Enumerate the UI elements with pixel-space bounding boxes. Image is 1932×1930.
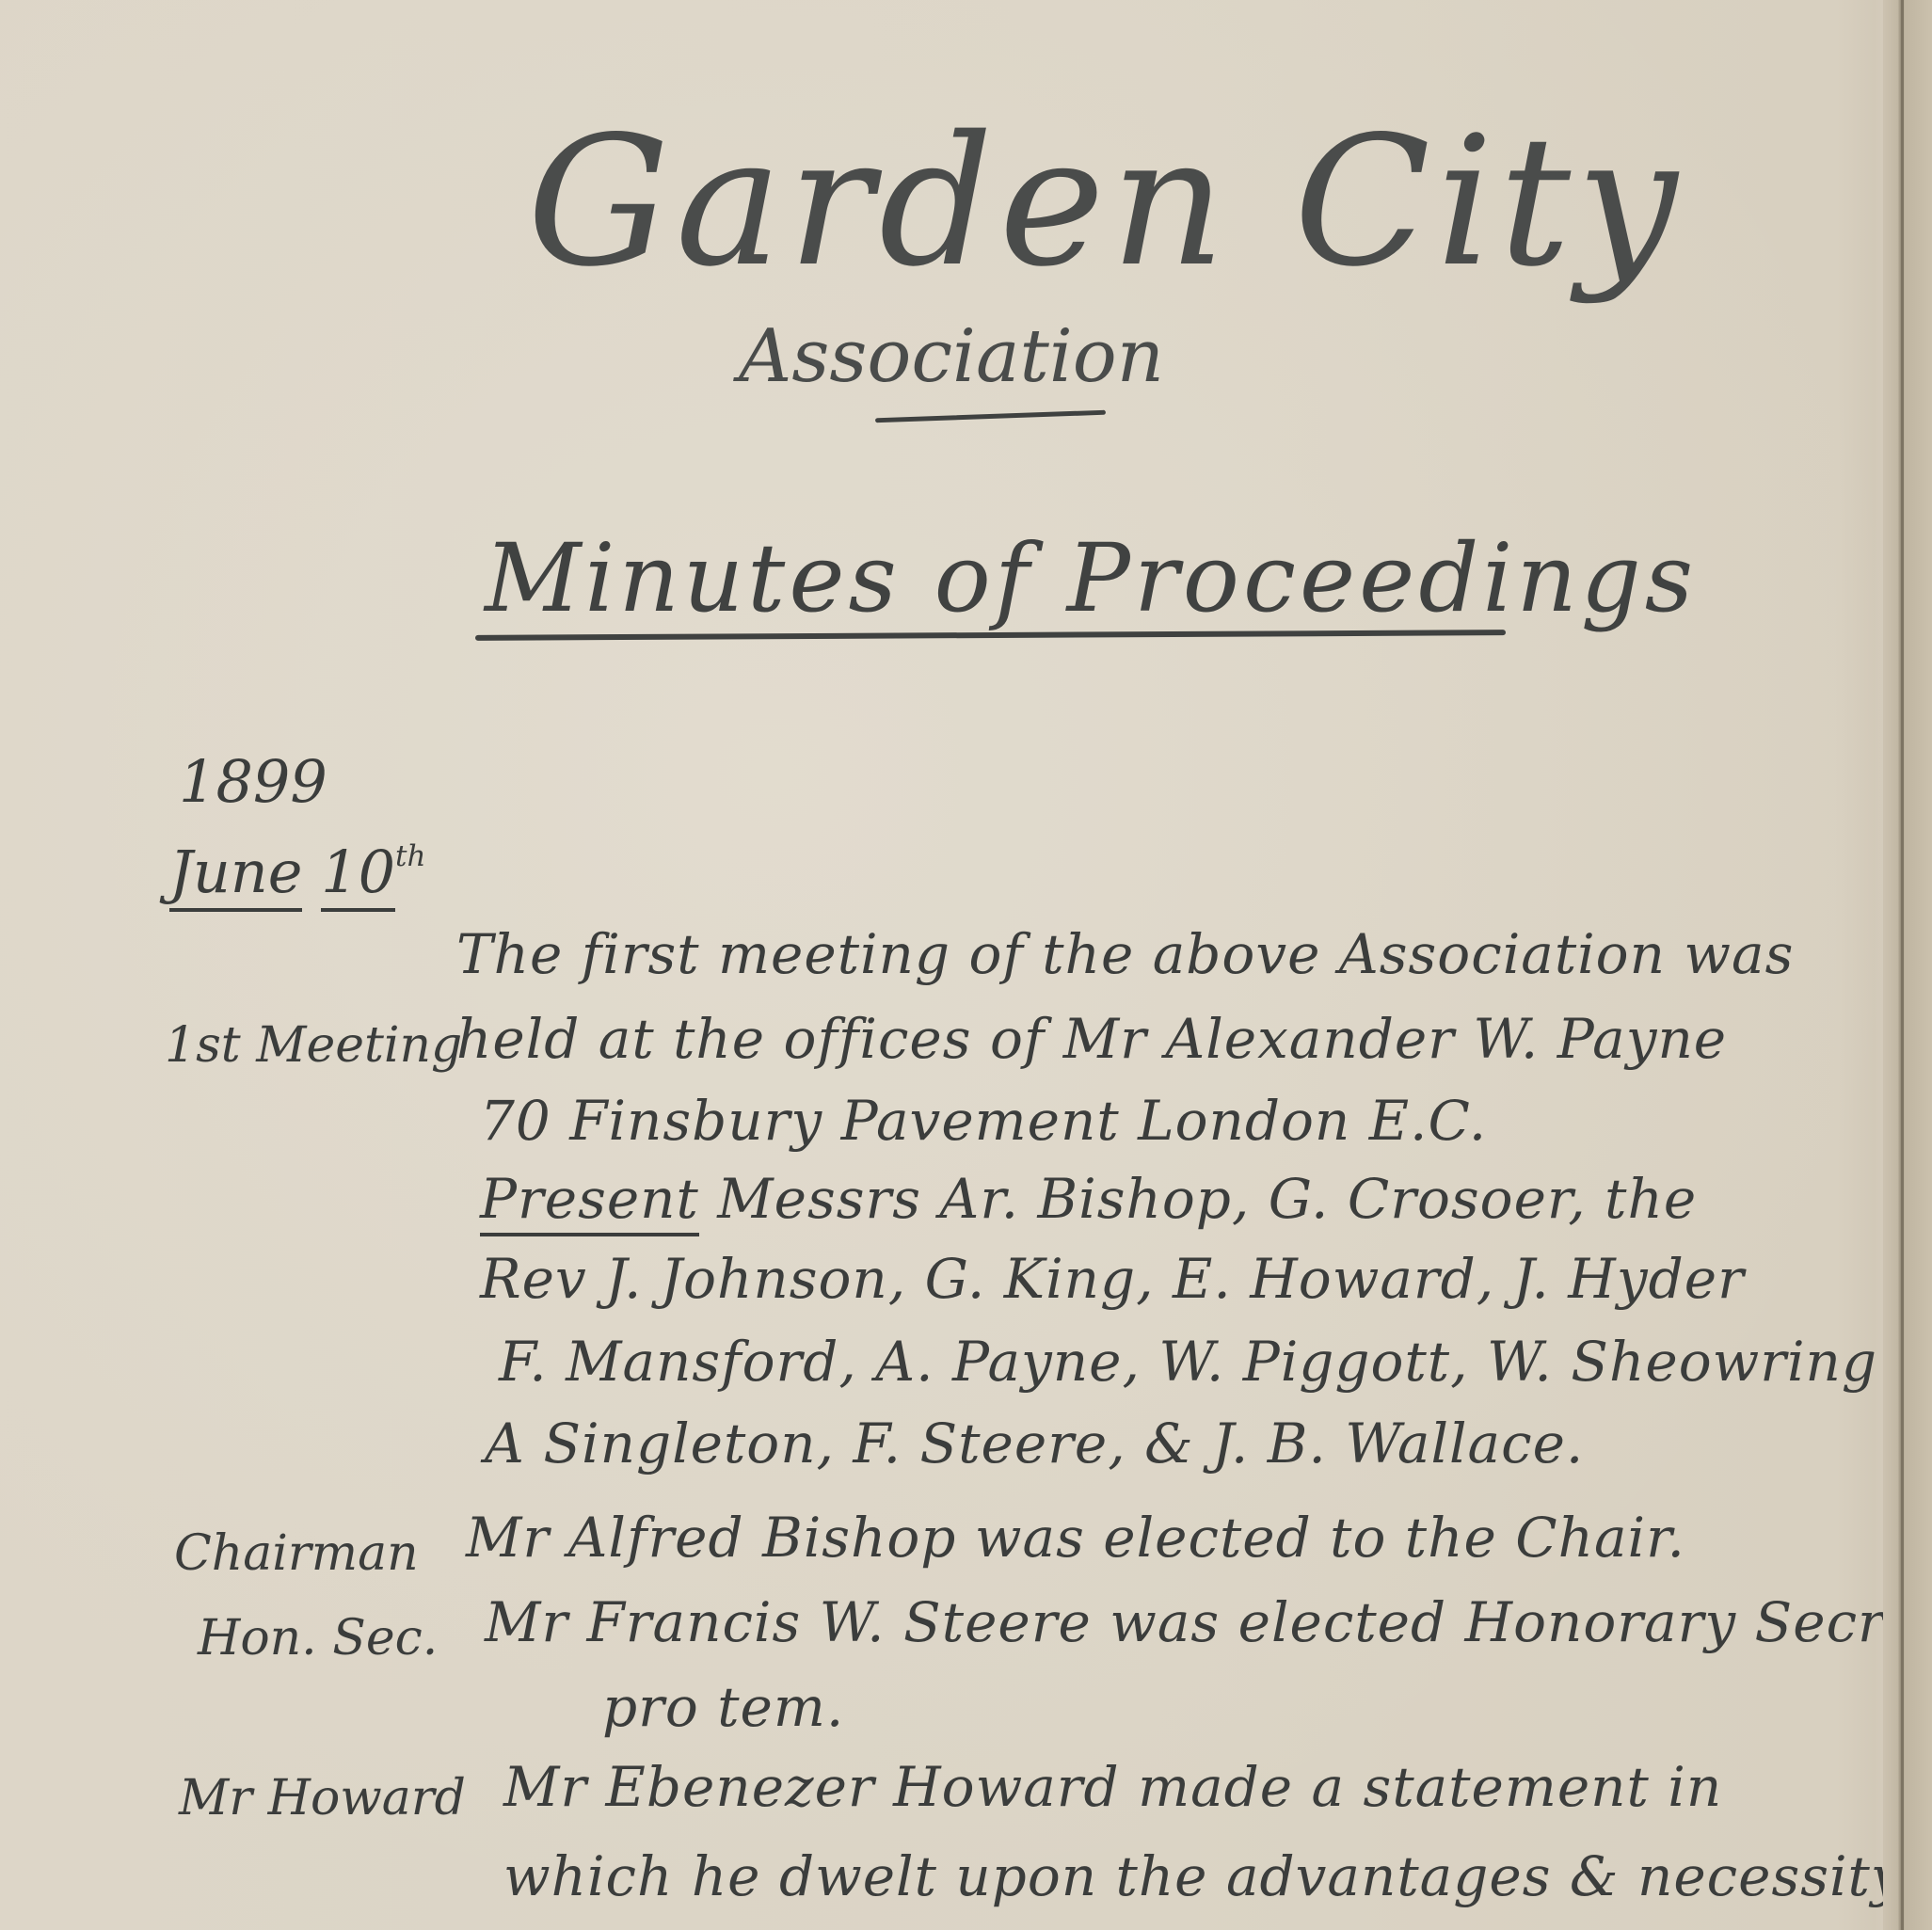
body-line: A Singleton, F. Steere, & J. B. Wallace. — [485, 1416, 1584, 1471]
minutes-heading: Minutes of Proceedings — [485, 532, 1697, 626]
margin-label-1st-meeting: 1st Meeting — [165, 1021, 462, 1070]
body-line: which he dwelt upon the advantages & nec… — [503, 1849, 1903, 1904]
body-line: 70 Finsbury Pavement London E.C. — [480, 1093, 1487, 1148]
body-line: Mr Francis W. Steere was elected Honorar… — [485, 1595, 1932, 1650]
document-title: Garden City — [527, 113, 1684, 292]
body-line: F. Mansford, A. Payne, W. Piggott, W. Sh… — [499, 1334, 1877, 1389]
date-day: 10 — [321, 837, 395, 912]
margin-label-mr-howard: Mr Howard — [179, 1774, 466, 1823]
body-line: Rev J. Johnson, G. King, E. Howard, J. H… — [480, 1252, 1745, 1306]
document-subtitle: Association — [739, 320, 1164, 393]
present-label: Present — [480, 1167, 699, 1236]
body-line: held at the offices of Mr Alexander W. P… — [456, 1012, 1727, 1066]
body-line: pro tem. — [602, 1680, 844, 1734]
year-label: 1899 — [179, 753, 327, 811]
manuscript-page: Garden City Association Minutes of Proce… — [0, 0, 1932, 1930]
margin-label-hon-sec: Hon. Sec. — [198, 1614, 438, 1663]
margin-label-chairman: Chairman — [174, 1529, 419, 1578]
date-month: June — [169, 837, 302, 912]
book-binding — [1883, 0, 1932, 1930]
subtitle-rule — [875, 410, 1106, 423]
body-line: Mr Ebenezer Howard made a statement in — [503, 1760, 1722, 1814]
present-names: Messrs Ar. Bishop, G. Crosoer, the — [717, 1167, 1697, 1231]
present-line: Present Messrs Ar. Bishop, G. Crosoer, t… — [480, 1172, 1697, 1226]
date-label: June 10th — [169, 842, 425, 901]
body-line: The first meeting of the above Associati… — [456, 927, 1794, 981]
body-line: Mr Alfred Bishop was elected to the Chai… — [466, 1510, 1685, 1565]
page-edge — [1901, 0, 1904, 1930]
date-suffix: th — [395, 839, 425, 873]
